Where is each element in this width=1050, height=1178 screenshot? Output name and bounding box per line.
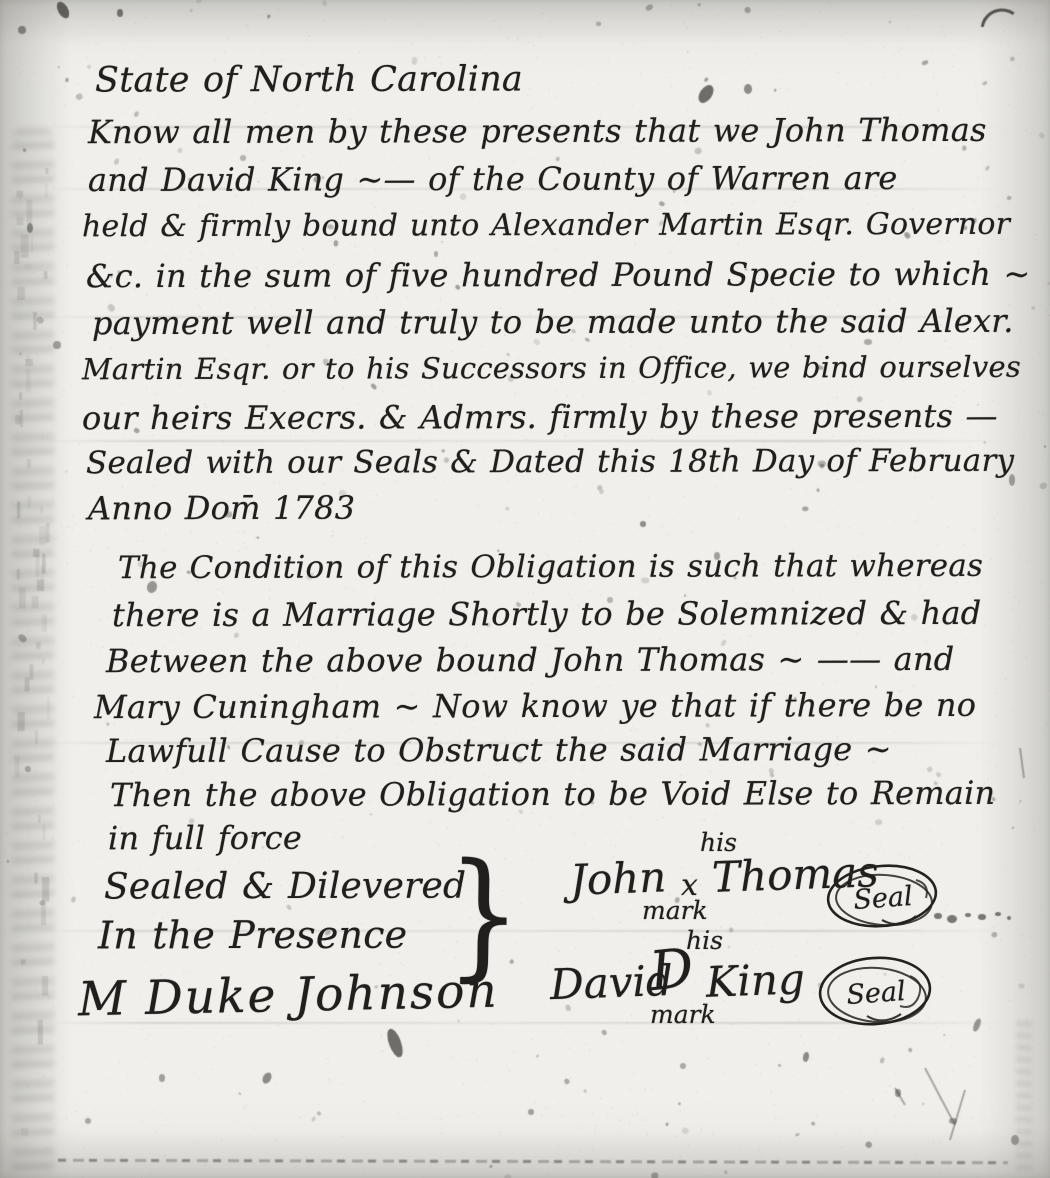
seal-word: Seal [809,946,943,1041]
signature-surname: King [705,954,805,1006]
signature-mark-label: mark [642,896,708,925]
document-line: our heirs Execrs. & Admrs. firmly by the… [82,397,998,437]
document-line: Mary Cuningham ~ Now know ye that if the… [94,686,976,726]
document-line: Sealed with our Seals & Dated this 18th … [86,443,1014,481]
document-line: Then the above Obligation to be Void Els… [110,774,995,814]
document-line: The Condition of this Obligation is such… [118,548,983,586]
handwritten-text-layer: State of North Carolina Know all men by … [0,0,1050,1178]
wax-seal-scribble: Seal [812,950,940,1036]
document-line: there is a Marriage Shortly to be Solemn… [112,594,981,634]
signature-mark-label: mark [650,1000,716,1029]
document-line: in full force [108,819,302,858]
document-line: Anno Dom̄ 1783 [88,489,355,528]
document-line: Martin Esqr. or to his Successors in Off… [82,350,1021,386]
document-line: held & firmly bound unto Alexander Marti… [82,207,1010,244]
document-heading: State of North Carolina [95,59,523,100]
witness-signature: M Duke Johnson [77,964,499,1028]
seal-word: Seal [817,854,948,943]
document-line: Know all men by these presents that we J… [88,111,987,151]
document-line: &c. in the sum of five hundred Pound Spe… [86,255,1031,295]
scanned-marriage-bond-document: State of North Carolina Know all men by … [0,0,1050,1178]
document-line: Lawfull Cause to Obstruct the said Marri… [106,730,892,770]
document-line: payment well and truly to be made unto t… [92,302,1014,342]
wax-seal-scribble: Seal [820,858,946,938]
document-line: Between the above bound John Thomas ~ ——… [106,640,955,680]
attestation-line-1: Sealed & Dilevered [104,866,466,908]
document-line: and David King ~— of the County of Warre… [88,159,898,199]
attestation-line-2: In the Presence [98,913,407,958]
signature-mark-glyph: D [647,936,697,1003]
